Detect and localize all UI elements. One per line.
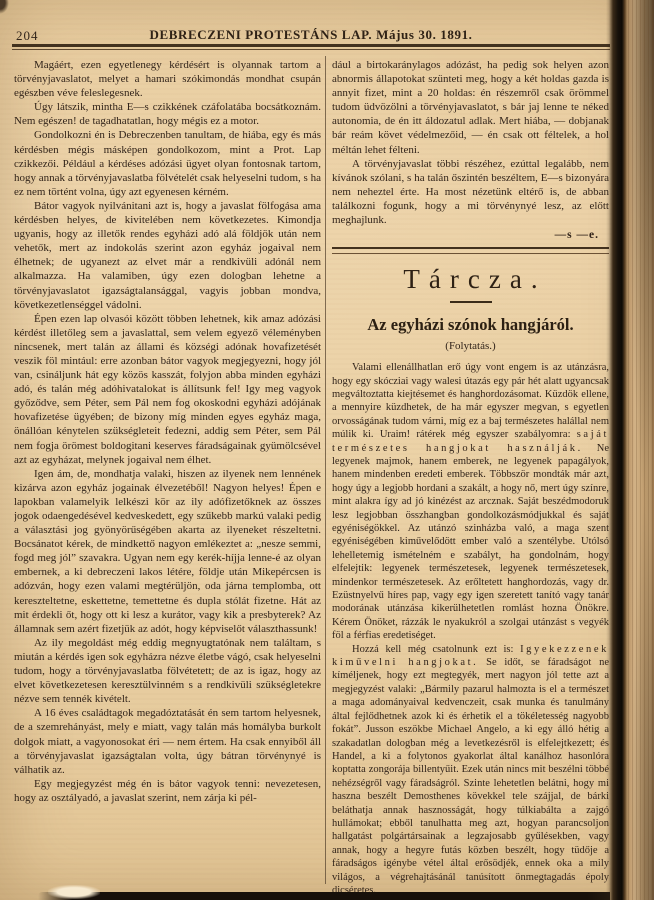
paragraph: dául a birtokaránylagos adózást, ha pedi… — [332, 58, 609, 157]
right-column: dául a birtokaránylagos adózást, ha pedi… — [332, 58, 609, 894]
column-divider — [325, 56, 326, 884]
left-column: Magáért, ezen egyetlenegy kérdésért is o… — [14, 58, 321, 888]
section-divider — [450, 301, 492, 303]
scan-artifact-top-left — [0, 0, 9, 14]
article-body: Valami ellenállhatlan erő úgy vont engem… — [332, 361, 609, 894]
paragraph: Valami ellenállhatlan erő úgy vont engem… — [332, 361, 609, 643]
text-run: Gondolkozni én is Debreczenben tanultam,… — [14, 129, 321, 197]
text-run: Hozzá kell még csatolnunk ezt is: — [352, 644, 520, 655]
text-run: dául a birtokaránylagos adózást, ha pedi… — [332, 59, 609, 156]
text-run: Valami ellenállhatlan erő úgy vont engem… — [332, 362, 609, 440]
paragraph: Gondolkozni én is Debreczenben tanultam,… — [14, 128, 321, 198]
text-run: Magáért, ezen egyetlenegy kérdésért is o… — [14, 59, 321, 99]
page-header: 204 DEBRECZENI PROTESTÁNS LAP. Május 30.… — [12, 27, 610, 43]
text-run: Se időt, se fáradságot ne kíméljenek, ho… — [332, 657, 609, 894]
scanned-newspaper-page: 204 DEBRECZENI PROTESTÁNS LAP. Május 30.… — [0, 0, 654, 900]
author-signature: —s —e. — [332, 228, 609, 243]
text-run: Bátor vagyok nyilvánitani azt is, hogy a… — [14, 200, 321, 311]
paragraph: Úgy látszik, mintha E—s czikkének czáfol… — [14, 100, 321, 128]
text-run: Az ily megoldást még eddig megnyugtatóna… — [14, 637, 321, 705]
paragraph: A törvényjavaslat többi részéhez, ezútta… — [332, 157, 609, 227]
paragraph: Egy megjegyzést még én is bátor vagyok t… — [14, 777, 321, 805]
section-rule — [332, 247, 609, 254]
page-edges — [624, 0, 654, 900]
paragraph: Magáért, ezen egyetlenegy kérdésért is o… — [14, 58, 321, 100]
scan-shadow-bottom — [38, 892, 610, 900]
paragraph: Hozzá kell még csatolnunk ezt is: Igyeke… — [332, 643, 609, 894]
text-run: Épen ezen lap olvasói között többen lehe… — [14, 313, 321, 466]
text-run: A 16 éves családtagok megadóztatását én … — [14, 707, 321, 775]
article-title: Az egyházi szónok hangjáról. — [332, 315, 609, 335]
section-title: Tárcza. — [332, 264, 609, 295]
masthead-date: Május 30. 1891. — [376, 27, 472, 42]
paragraph: Épen ezen lap olvasói között többen lehe… — [14, 312, 321, 467]
paragraph: Az ily megoldást még eddig megnyugtatóna… — [14, 636, 321, 706]
paragraph: A 16 éves családtagok megadóztatását én … — [14, 706, 321, 776]
paragraph: Igen ám, de, mondhatja valaki, hiszen az… — [14, 467, 321, 636]
text-run: Ne legyenek majmok, hanem emberek, ne le… — [332, 443, 609, 642]
masthead-title: DEBRECZENI PROTESTÁNS LAP. — [149, 27, 372, 42]
scan-light-spot — [48, 885, 100, 899]
text-run: A törvényjavaslat többi részéhez, ezútta… — [332, 158, 609, 226]
book-spine-shadow — [606, 0, 654, 900]
article-continuation: dául a birtokaránylagos adózást, ha pedi… — [332, 58, 609, 227]
header-rule — [12, 44, 610, 47]
text-run: Egy megjegyzést még én is bátor vagyok t… — [14, 778, 321, 804]
article-subtitle: (Folytatás.) — [332, 340, 609, 352]
paragraph: Bátor vagyok nyilvánitani azt is, hogy a… — [14, 199, 321, 312]
text-run: Igen ám, de, mondhatja valaki, hiszen az… — [14, 468, 321, 635]
header-rule-thin — [12, 49, 610, 50]
masthead: DEBRECZENI PROTESTÁNS LAP. Május 30. 189… — [12, 27, 610, 43]
text-run: Úgy látszik, mintha E—s czikkének czáfol… — [14, 101, 321, 127]
